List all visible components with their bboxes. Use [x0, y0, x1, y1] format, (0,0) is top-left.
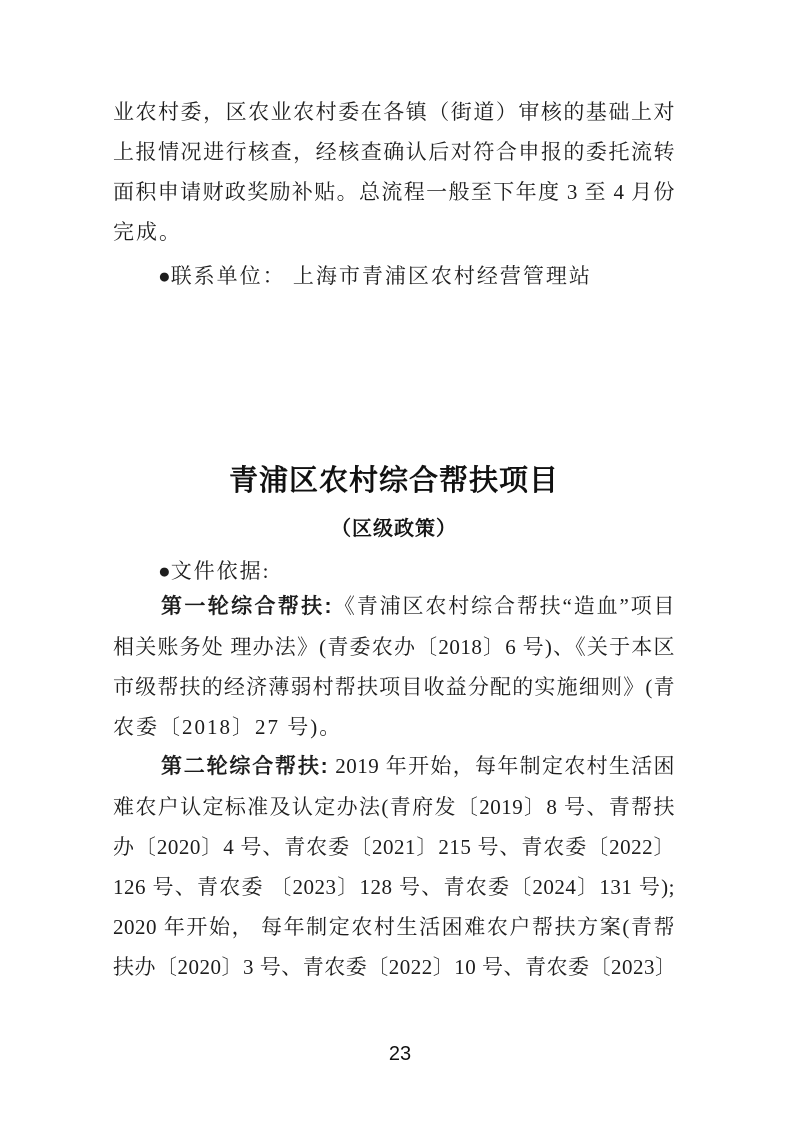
text-line: 市级帮扶的经济薄弱村帮扶项目收益分配的实施细则》(青	[113, 667, 675, 707]
section-subtitle: （区级政策）	[113, 513, 675, 545]
paragraph-first-round: 第一轮综合帮扶:《青浦区农村综合帮扶“造血”项目 相关账务处 理办法》(青委农办…	[113, 586, 675, 747]
paragraph-lead: 第二轮综合帮扶:	[161, 755, 329, 778]
text-line: 难农户认定标准及认定办法(青府发〔2019〕8 号、青帮扶	[113, 787, 675, 827]
text-line: 126 号、青农委 〔2023〕128 号、青农委〔2024〕131 号);	[113, 867, 675, 907]
section-title-block: 青浦区农村综合帮扶项目	[113, 459, 675, 503]
text-line: 上报情况进行核查，经核查确认后对符合申报的委托流转	[113, 132, 675, 172]
paragraph-lead-rest: 2019 年开始，每年制定农村生活困	[329, 754, 675, 778]
text-line: 办〔2020〕4 号、青农委〔2021〕215 号、青农委〔2022〕	[113, 827, 675, 867]
text-line: 面积申请财政奖励补贴。总流程一般至下年度 3 至 4 月份	[113, 172, 675, 212]
text-line: 相关账务处 理办法》(青委农办〔2018〕6 号)、《关于本区	[113, 627, 675, 667]
text-line: 第二轮综合帮扶: 2019 年开始，每年制定农村生活困	[113, 746, 675, 787]
contact-unit-text: 联系单位： 上海市青浦区农村经营管理站	[171, 264, 592, 288]
paragraph-lead: 第一轮综合帮扶:	[161, 595, 333, 618]
bullet-icon: ●	[158, 264, 171, 288]
page-number: 23	[0, 1040, 800, 1068]
text-line: 农委〔2018〕27 号)。	[113, 707, 675, 747]
document-basis-text: 文件依据:	[171, 559, 271, 583]
paragraph-subsidy-process: 业农村委，区农业农村委在各镇（街道）审核的基础上对 上报情况进行核查，经核查确认…	[113, 92, 675, 252]
text-line: 2020 年开始， 每年制定农村生活困难农户帮扶方案(青帮	[113, 907, 675, 947]
paragraph-second-round: 第二轮综合帮扶: 2019 年开始，每年制定农村生活困 难农户认定标准及认定办法…	[113, 746, 675, 987]
text-line: 第一轮综合帮扶:《青浦区农村综合帮扶“造血”项目	[113, 586, 675, 627]
document-page: 业农村委，区农业农村委在各镇（街道）审核的基础上对 上报情况进行核查，经核查确认…	[0, 0, 800, 1131]
section-title: 青浦区农村综合帮扶项目	[113, 459, 675, 503]
bullet-icon: ●	[158, 559, 171, 583]
section-subtitle-block: （区级政策）	[113, 513, 675, 545]
text-line: 扶办〔2020〕3 号、青农委〔2022〕10 号、青农委〔2023〕	[113, 947, 675, 987]
text-line: 完成。	[113, 212, 675, 252]
contact-unit-line: ●联系单位： 上海市青浦区农村经营管理站	[113, 256, 675, 296]
paragraph-lead-rest: 《青浦区农村综合帮扶“造血”项目	[333, 594, 675, 618]
text-line: 业农村委，区农业农村委在各镇（街道）审核的基础上对	[113, 92, 675, 132]
document-basis-line: ●文件依据:	[113, 551, 675, 591]
